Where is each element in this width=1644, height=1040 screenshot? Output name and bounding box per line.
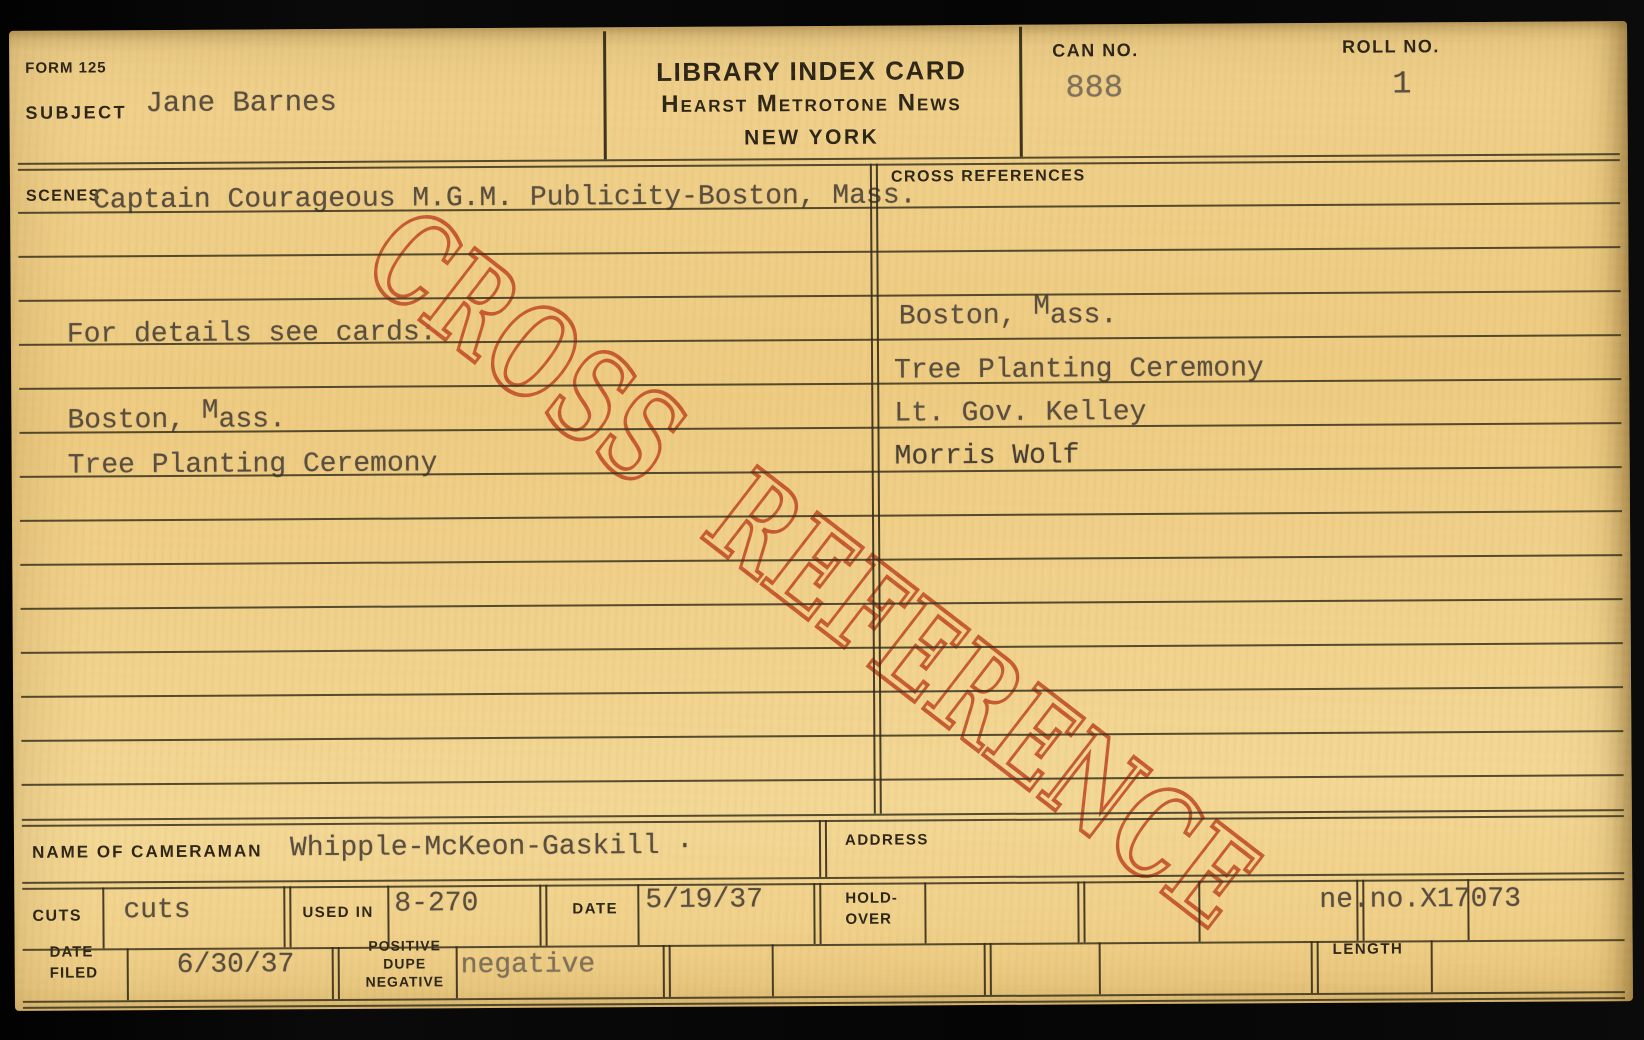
cuts-value: cuts (123, 895, 190, 926)
ruled-line (19, 290, 1621, 302)
holdover-line1: HOLD- (845, 888, 898, 909)
holdover-label: HOLD- OVER (845, 888, 898, 930)
holdover-line2: OVER (845, 909, 898, 930)
cell-divider-line (603, 31, 607, 159)
library-index-card: FORM 125 SUBJECT Jane Barnes LIBRARY IND… (9, 21, 1633, 1011)
date-filed-line1: DATE (50, 941, 98, 962)
cell-divider-line (127, 948, 129, 1000)
cell-divider-line (813, 883, 815, 944)
cuts-label: CUTS (32, 908, 82, 926)
cell-divider-line (1311, 941, 1313, 993)
cell-divider-line (1083, 881, 1085, 942)
cell-divider-line (102, 887, 104, 948)
cell-divider-line (289, 886, 291, 947)
cell-divider-line (876, 164, 882, 814)
cell-divider-line (870, 164, 876, 814)
cell-divider-line (545, 885, 547, 946)
date-label: DATE (572, 900, 618, 917)
cell-divider-line (984, 943, 986, 995)
cell-divider-line (1099, 942, 1101, 994)
crossref-city-prefix: Boston, (899, 301, 1034, 333)
cell-divider-line (819, 883, 821, 944)
cell-divider-line (637, 884, 639, 945)
org-city: NEW YORK (604, 125, 1020, 152)
cell-divider-line (456, 946, 458, 998)
cell-divider-line (924, 882, 926, 943)
cell-divider-line (772, 944, 774, 996)
cell-divider-line (819, 820, 821, 877)
cell-divider-line (1019, 27, 1023, 157)
cell-divider-line (283, 886, 285, 947)
crossref-city-suffix: ass. (1050, 300, 1117, 331)
scenes-ref-city-raised: M (202, 396, 219, 427)
cell-divider-line (990, 943, 992, 995)
positive-dupe-negative-label: POSITIVE DUPE NEGATIVE (350, 936, 460, 991)
pdn-line3: NEGATIVE (350, 972, 460, 991)
cell-divider-line (825, 820, 827, 877)
address-label: ADDRESS (845, 831, 929, 849)
subject-value: Jane Barnes (145, 86, 337, 120)
ruled-line (22, 774, 1624, 786)
length-label: LENGTH (1333, 940, 1404, 957)
cross-references-label: CROSS REFERENCES (891, 167, 1086, 186)
positive-dupe-negative-value: negative (461, 949, 596, 981)
ruled-line (19, 378, 1621, 390)
can-no-label: CAN NO. (1052, 40, 1139, 62)
date-value: 5/19/37 (645, 884, 763, 916)
ruled-line (21, 686, 1623, 698)
roll-no-label: ROLL NO. (1342, 36, 1440, 58)
cell-divider-line (1431, 940, 1433, 992)
scenes-label: SCENES (26, 187, 101, 205)
cell-divider-line (539, 885, 541, 946)
ruled-line (18, 246, 1620, 258)
subject-label: SUBJECT (25, 102, 127, 124)
pdn-line2: DUPE (350, 954, 460, 973)
can-no-value: 888 (1065, 69, 1123, 106)
scan-background: FORM 125 SUBJECT Jane Barnes LIBRARY IND… (0, 0, 1644, 1040)
cell-divider-line (332, 947, 334, 999)
crossref-city: Boston, Mass. (899, 300, 1118, 332)
form-number-label: FORM 125 (25, 59, 106, 76)
crossref-city-raised: M (1033, 292, 1050, 323)
used-in-label: USED IN (302, 904, 373, 921)
date-filed-line2: FILED (50, 962, 98, 983)
cameraman-label: NAME OF CAMERAMAN (32, 841, 263, 862)
cell-divider-line (338, 947, 340, 999)
roll-no-value: 1 (1392, 65, 1411, 102)
cell-divider-line (1317, 941, 1319, 993)
cameraman-value: Whipple-McKeon-Gaskill · (290, 831, 693, 864)
date-filed-value: 6/30/37 (177, 949, 295, 981)
ruled-line (21, 730, 1623, 742)
org-title: LIBRARY INDEX CARD (603, 55, 1019, 89)
crossref-item: Morris Wolf (895, 440, 1080, 472)
cell-divider-line (663, 945, 665, 997)
cell-divider-line (387, 886, 389, 947)
used-in-value: 8-270 (394, 888, 478, 920)
cell-divider-line (1077, 881, 1079, 942)
cell-divider-line (1198, 881, 1200, 942)
org-name: Hearst Metrotone News (603, 89, 1019, 120)
negative-number-value: ne.no.X17073 (1319, 884, 1521, 916)
cell-divider-line (669, 945, 671, 997)
